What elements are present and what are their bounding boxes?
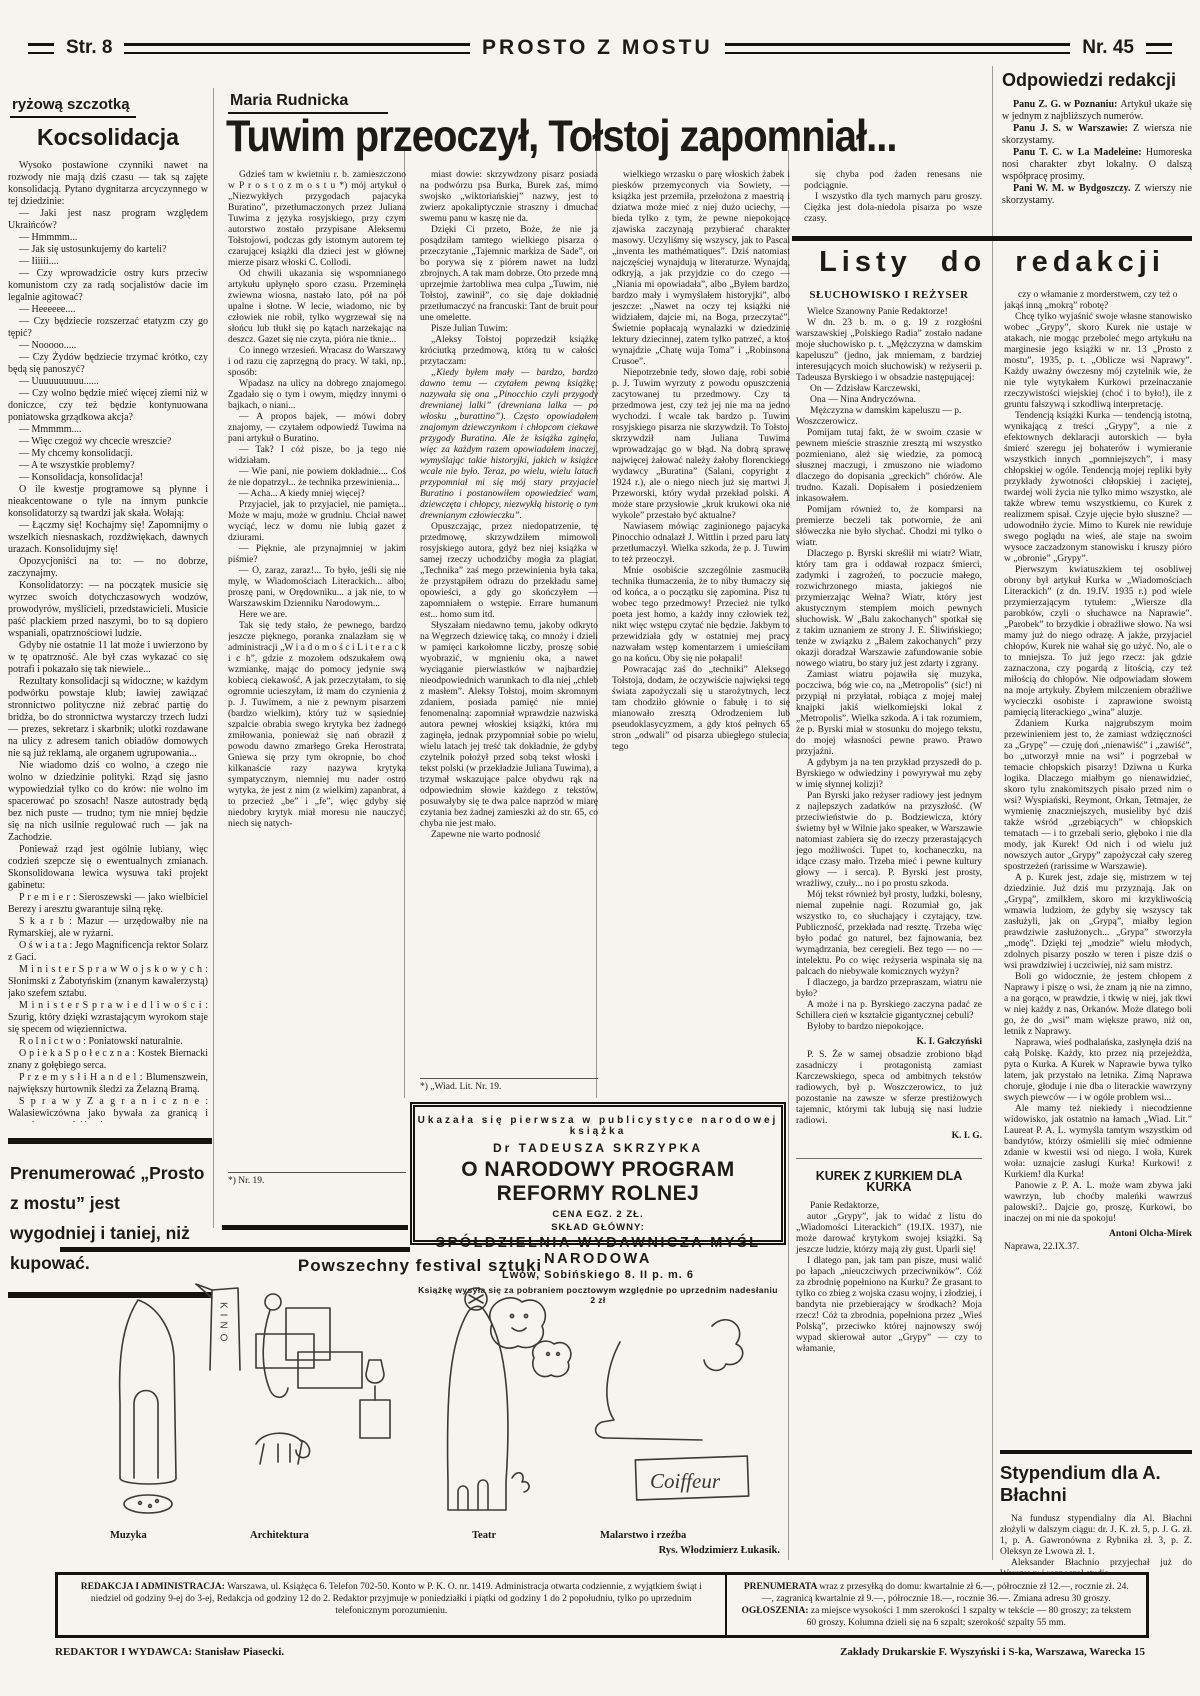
paragraph: Przyjaciel, jak to przyjaciel, nie pamię… <box>228 500 406 544</box>
paragraph: Opozycjoniści na to: — no dobrze, zaczyn… <box>8 556 208 580</box>
paragraph: się chyba pod żaden renesans nie podciąg… <box>804 170 982 192</box>
paragraph: — Hmmmm... <box>8 232 208 244</box>
masthead-rule <box>124 43 470 54</box>
scholarship-title: Stypendium dla A. Błachni <box>1000 1462 1192 1506</box>
paragraph: — Czy Żydów będziecie trzymać krótko, cz… <box>8 352 208 376</box>
column-divider <box>992 66 993 1560</box>
masthead: Str. 8 PROSTO Z MOSTU Nr. 45 <box>28 36 1172 60</box>
paragraph: PRENUMERATA wraz z przesyłką do domu: kw… <box>741 1581 1132 1605</box>
advert-author: Dr TADEUSZA SKRZYPKA <box>415 1141 781 1155</box>
paragraph: Pisze Julian Tuwim: <box>420 324 598 335</box>
paragraph: P. S. Że w samej obsadzie zrobiono błąd … <box>796 1050 982 1127</box>
paragraph: Powracając zaś do „techniki” Aleksego To… <box>612 665 790 753</box>
cartoon-caption-malarstwo: Malarstwo i rzeźba <box>600 1530 686 1541</box>
paragraph: — Iiiiii.... <box>8 256 208 268</box>
paragraph: — Więc czegoż wy chcecie wreszcie? <box>8 436 208 448</box>
article-byline: Maria Rudnicka <box>228 92 388 114</box>
paragraph: — Konsolidacja, konsolidacja! <box>8 472 208 484</box>
newspaper-page: Str. 8 PROSTO Z MOSTU Nr. 45 ryżową szcz… <box>0 0 1200 1696</box>
paragraph: Ona — Nina Andryczówna. <box>796 395 982 406</box>
scholarship-notice: Stypendium dla A. Błachni Na fundusz sty… <box>1000 1450 1192 1568</box>
paragraph: I dlatego pan, jak tam pan pisze, musi w… <box>796 1256 982 1355</box>
paragraph: Pani W. M. w Bydgoszczy. Z wierszy nie s… <box>1002 183 1192 207</box>
article-column-1: Gdzieś tam w kwietniu r. b. zamieszczono… <box>228 170 406 1166</box>
paragraph: Wpadasz na ulicy na dobrego znajomego. Z… <box>228 379 406 412</box>
paragraph: Panowie z P. A. L. może wam zbywa jaki w… <box>1004 1181 1192 1225</box>
paragraph: — Jaki jest nasz program względem Ukraiń… <box>8 208 208 232</box>
imprint-subscription: PRENUMERATA wraz z przesyłką do domu: kw… <box>727 1575 1146 1635</box>
paragraph: Słyszałam niedawno temu, jakoby odkryto … <box>420 621 598 830</box>
paragraph: O p i e k a S p o ł e c z n a : Kostek B… <box>8 1048 208 1072</box>
cartoon-caption-muzyka: Muzyka <box>110 1530 147 1541</box>
paragraph: A p. Kurek jest, zdaje się, mistrzem w t… <box>1004 873 1192 972</box>
paragraph: — Czy wprowadzicie ostry kurs przeciw ko… <box>8 268 208 304</box>
left-article-body: Wysoko postawione czynniki nawet na rozw… <box>8 160 208 1122</box>
signature: K. I. G. <box>796 1131 982 1142</box>
section-rule <box>60 1247 410 1252</box>
paragraph: Byłoby to bardzo niepokojące. <box>796 1022 982 1033</box>
paragraph: P r e m i e r : Sieroszewski — jako wiel… <box>8 892 208 916</box>
paragraph: P r z e m y s ł i H a n d e l : Blumensz… <box>8 1072 208 1096</box>
masthead-rule <box>28 43 54 54</box>
paragraph: Pomijam również to, że komparsi na premi… <box>796 505 982 549</box>
cartoon-drawing: KINO Coiffeur <box>60 1282 780 1527</box>
page-footer: REDAKTOR I WYDAWCA: Stanisław Piasecki. … <box>55 1646 1145 1658</box>
editor-replies-title: Odpowiedzi redakcji <box>1002 70 1192 91</box>
section-rule <box>222 1225 408 1230</box>
article-column-4: się chyba pod żaden renesans nie podciąg… <box>804 170 982 232</box>
scholarship-body: Na fundusz stypendialny dla Al. Błachni … <box>1000 1514 1192 1580</box>
paragraph: S k a r b : Mazur — urzędowałby nie na R… <box>8 916 208 940</box>
paragraph: Pierwszym kwiatuszkiem tej osobliwej obr… <box>1004 565 1192 719</box>
coiffeur-sign-text: Coiffeur <box>650 1469 721 1493</box>
paragraph: — A te wszystkie problemy? <box>8 460 208 472</box>
signature: K. I. Gałczyński <box>796 1037 982 1048</box>
paragraph: Panu J. S. w Warszawie: Z wiersza nie sk… <box>1002 123 1192 147</box>
advert-distributor-label: SKŁAD GŁÓWNY: <box>415 1222 781 1233</box>
paragraph: miast dowie: skrzywdzony pisarz posiada … <box>420 170 598 225</box>
paragraph: O ś w i a t a : Jego Magnificencja rekto… <box>8 940 208 964</box>
paragraph: Panie Redaktorze, <box>796 1201 982 1212</box>
paragraph: — Mmmmm.... <box>8 424 208 436</box>
paragraph: M i n i s t e r S p r a w W o j s k o w … <box>8 964 208 1000</box>
paragraph: wielkiego wrzasku o parę włoskich żabek … <box>612 170 790 368</box>
paragraph: On — Zdzisław Karczewski, <box>796 384 982 395</box>
footer-printer: Zakłady Drukarskie F. Wyszyński i S-ka, … <box>840 1646 1145 1658</box>
paragraph: OGŁOSZENIA: za miejsce wysokości 1 mm sz… <box>741 1605 1132 1629</box>
section-rule <box>792 236 1192 241</box>
cartoon-credit: Rys. Włodzimierz Łukasik. <box>480 1545 780 1556</box>
paragraph: Ponieważ rząd jest ogólnie lubiany, więc… <box>8 844 208 892</box>
editor-replies-list: Panu Z. G. w Poznaniu: Artykuł ukaże się… <box>1002 99 1192 207</box>
paragraph: R o l n i c t w o : Poniatowski naturaln… <box>8 1036 208 1048</box>
cartoon-caption-teatr: Teatr <box>472 1530 496 1541</box>
paragraph: „Aleksy Tołstoj poprzedził książkę króci… <box>420 335 598 368</box>
paragraph: Pomijam tutaj fakt, że w swoim czasie w … <box>796 428 982 505</box>
paragraph: czy o włamanie z morderstwem, czy też o … <box>1004 290 1192 312</box>
newspaper-title: PROSTO Z MOSTU <box>482 36 713 60</box>
issue-number: Nr. 45 <box>1082 37 1134 59</box>
letters-column-right: czy o włamanie z morderstwem, czy też o … <box>1004 290 1192 1448</box>
paragraph: — Pięknie, ale przynajmniej w jakim piśm… <box>228 544 406 566</box>
advert-price: CENA EGZ. 2 ZŁ. <box>415 1209 781 1220</box>
paragraph: Tendencją książki Kurka — tendencją isto… <box>1004 411 1192 565</box>
article-column-2: miast dowie: skrzywdzony pisarz posiada … <box>420 170 598 1070</box>
letter-heading: KUREK Z KURKIEM DLA KURKA <box>796 1158 982 1193</box>
paragraph: O ile kwestje programowe są płynne i nie… <box>8 484 208 520</box>
advert-book-title: O NARODOWY PROGRAM REFORMY ROLNEJ <box>415 1158 781 1206</box>
article-column-3: wielkiego wrzasku o parę włoskich żabek … <box>612 170 790 1092</box>
paragraph: Chcę tylko wyjaśnić swoje własne stanowi… <box>1004 312 1192 411</box>
letters-section-title: Listy do redakcji <box>792 246 1192 279</box>
page-number: Str. 8 <box>66 37 112 59</box>
paragraph: — Czy będziecie rozszerzać etatyzm czy g… <box>8 316 208 340</box>
paragraph: autor „Grypy”, jak to widać z listu do „… <box>796 1212 982 1256</box>
paragraph: Zamiast wiatru pojawiła się muzyka, pocz… <box>796 670 982 758</box>
paragraph: Naprawa, wieś podhalańska, zasłynęła dzi… <box>1004 1038 1192 1104</box>
paragraph: W dn. 23 b. m. o g. 19 z rozgłośni warsz… <box>796 318 982 384</box>
letter-heading: SŁUCHOWISKO I REŻYSER <box>796 290 982 301</box>
paragraph: Mnie osobiście szczególnie zasmuciła tec… <box>612 566 790 665</box>
paragraph: I dlaczego, ja bardzo przepraszam, wiatr… <box>796 978 982 1000</box>
letters-column-left: SŁUCHOWISKO I REŻYSERWielce Szanowny Pan… <box>796 288 982 1546</box>
signature: Antoni Olcha-Mirek <box>1004 1229 1192 1240</box>
paragraph: „Kiedy byłem mały — bardzo, bardzo dawno… <box>420 368 598 522</box>
cartoon-svg: KINO Coiffeur <box>60 1282 780 1527</box>
paragraph: Gdyby nie ostatnie 11 lat może i uwierzo… <box>8 640 208 676</box>
paragraph: Na fundusz stypendialny dla Al. Błachni … <box>1000 1514 1192 1558</box>
paragraph: — Heeeeee.... <box>8 304 208 316</box>
article-headline: Tuwim przeoczył, Tołstoj zapomniał... <box>226 112 982 162</box>
paragraph: Tak się tedy stało, że pewnego, bardzo j… <box>228 621 406 830</box>
paragraph: REDAKCJA I ADMINISTRACJA: Warszawa, ul. … <box>72 1581 711 1617</box>
paragraph: Pan Byrski jako reżyser radiowy jest jed… <box>796 791 982 890</box>
paragraph: Mój tekst również był prosty, ludzki, bo… <box>796 890 982 978</box>
paragraph: — Uuuuuuuuuu...... <box>8 376 208 388</box>
paragraph: Boli go widocznie, że jestem chłopem z N… <box>1004 972 1192 1038</box>
advert-intro: Ukazała się pierwsza w publicystyce naro… <box>415 1115 781 1137</box>
paragraph: S p r a w y Z a g r a n i c z n e : Wala… <box>8 1096 208 1122</box>
paragraph: A gdybym ja na ten przykład przyszedł do… <box>796 758 982 791</box>
paragraph: — Jak się ustosunkujemy do karteli? <box>8 244 208 256</box>
paragraph: Zdaniem Kurka najgrubszym moim przewinie… <box>1004 719 1192 873</box>
paragraph: Ale mamy też niekiedy i niecodzienne wid… <box>1004 1104 1192 1181</box>
paragraph: Mężczyzna w damskim kapeluszu — p. Woszc… <box>796 406 982 428</box>
editor-replies: Odpowiedzi redakcji Panu Z. G. w Poznani… <box>1002 70 1192 207</box>
imprint-editorial: REDAKCJA I ADMINISTRACJA: Warszawa, ul. … <box>58 1575 727 1635</box>
paragraph: Konsolidatorzy: — na początek musicie si… <box>8 580 208 640</box>
paragraph: — Łączmy się! Kochajmy się! Zapomnijmy o… <box>8 520 208 556</box>
paragraph: — Tak? I cóż pisze, bo ja tego nie widzi… <box>228 445 406 467</box>
paragraph: Co innego wrzesień. Wracasz do Warszawy … <box>228 346 406 379</box>
paragraph: — My chcemy konsolidacji. <box>8 448 208 460</box>
paragraph: — O, zaraz, zaraz!... To było, jeśli się… <box>228 566 406 610</box>
paragraph: — A propos bajek, — mówi dobry znajomy, … <box>228 412 406 445</box>
kino-sign-text: KINO <box>218 1302 229 1346</box>
paragraph: — Nooooo..... <box>8 340 208 352</box>
paragraph: Here we are. <box>228 610 406 621</box>
book-advert-box: Ukazała się pierwsza w publicystyce naro… <box>410 1102 786 1245</box>
left-article-title: Kocsolidacja <box>8 124 208 151</box>
paragraph: Zapewne nie warto podnosić <box>420 830 598 841</box>
paragraph: Gdzieś tam w kwietniu r. b. zamieszczono… <box>228 170 406 269</box>
paragraph: Wysoko postawione czynniki nawet na rozw… <box>8 160 208 208</box>
section-rule <box>1000 1450 1192 1454</box>
paragraph: Rezultaty konsolidacji są widoczne; w ka… <box>8 676 208 760</box>
paragraph: Dzięki Ci przeto, Boże, że nie ja posądz… <box>420 225 598 324</box>
paragraph: Opuszczając, przez niedopatrzenie, tę pr… <box>420 522 598 621</box>
column-divider <box>213 88 214 1228</box>
paragraph: — Wie pani, nie powiem dokładnie.... Coś… <box>228 467 406 489</box>
masthead-rule <box>1146 43 1172 54</box>
paragraph: Panu T. C. w La Madeleine: Humoreska nos… <box>1002 147 1192 183</box>
paragraph: Nie wiadomo dziś co wolno, a czego nie w… <box>8 760 208 844</box>
masthead-rule <box>725 43 1071 54</box>
footnote-1: *) Nr. 19. <box>228 1172 406 1186</box>
paragraph: Wielce Szanowny Panie Redaktorze! <box>796 307 982 318</box>
paragraph: Niepotrzebnie tedy, słowo daję, robi sob… <box>612 368 790 522</box>
paragraph: I wszystko dla tych marnych paru groszy.… <box>804 192 982 225</box>
paragraph: — Acha... A kiedy mniej więcej? <box>228 489 406 500</box>
paragraph: Dlaczego p. Byrski skreślił mi wiatr? Wi… <box>796 549 982 670</box>
footnote-2: *) „Wiad. Lit. Nr. 19. <box>420 1078 598 1092</box>
imprint-box: REDAKCJA I ADMINISTRACJA: Warszawa, ul. … <box>55 1572 1149 1638</box>
footer-editor: REDAKTOR I WYDAWCA: Stanisław Piasecki. <box>55 1646 284 1658</box>
paragraph: Nawiasem mówiąc zaginionego pajacyka Pin… <box>612 522 790 566</box>
paragraph: Naprawa, 22.IX.37. <box>1004 1242 1192 1253</box>
paragraph: M i n i s t e r S p r a w i e d l i w o … <box>8 1000 208 1036</box>
left-column-kicker: ryżową szczotką <box>10 96 136 118</box>
paragraph: A może i na p. Byrskiego zaczyna padać z… <box>796 1000 982 1022</box>
cartoon-title: Powszechny festival sztuki <box>60 1256 780 1276</box>
paragraph: — Czy wolno będzie mieć więcej ziemi niż… <box>8 388 208 424</box>
cartoon-caption-architektura: Architektura <box>250 1530 309 1541</box>
paragraph: Od chwili ukazania się wspomnianego arty… <box>228 269 406 346</box>
paragraph: Panu Z. G. w Poznaniu: Artykuł ukaże się… <box>1002 99 1192 123</box>
